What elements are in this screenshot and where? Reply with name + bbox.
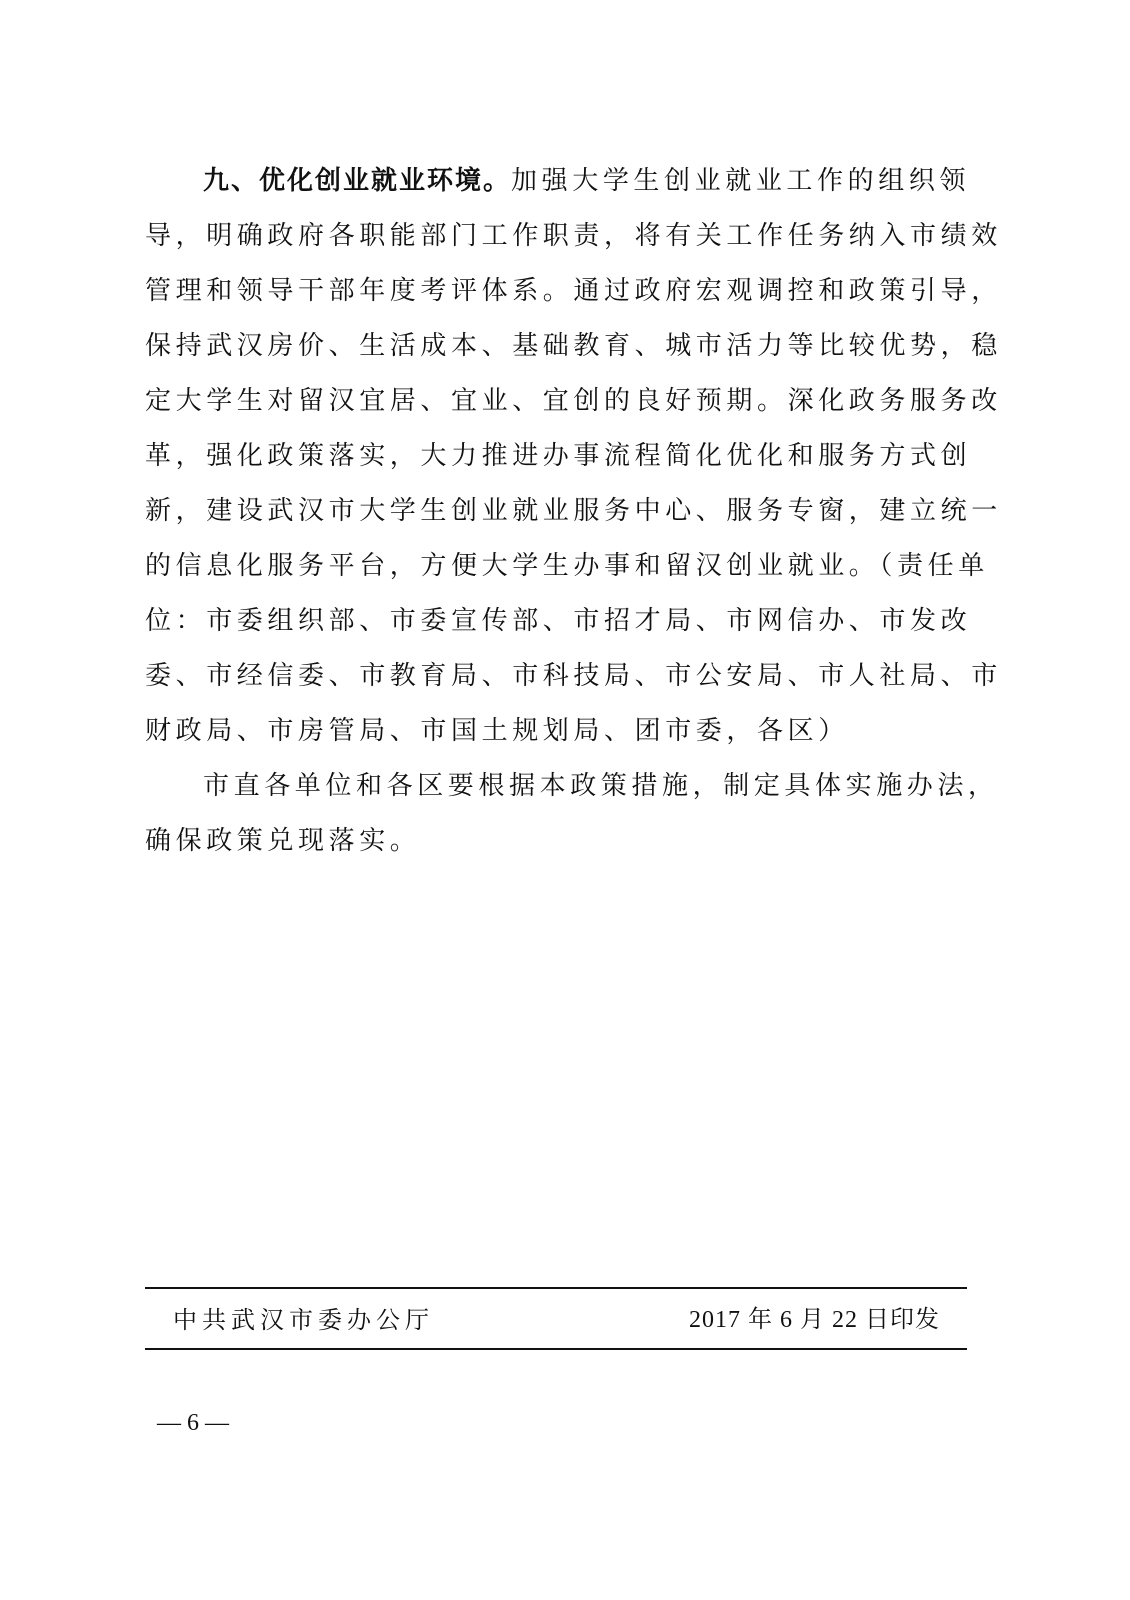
issue-date: 2017 年 6 月 22 日印发	[689, 1300, 940, 1340]
paragraph-line: 新，建设武汉市大学生创业就业服务中心、服务专窗，建立统一	[145, 483, 967, 539]
footer-top-rule	[145, 1287, 967, 1289]
paragraph-line: 市直各单位和各区要根据本政策措施，制定具体实施办法，	[203, 758, 967, 814]
paragraph-line: 定大学生对留汉宜居、宜业、宜创的良好预期。深化政务服务改	[145, 373, 967, 429]
document-page: 九、优化创业就业环境。加强大学生创业就业工作的组织领 导，明确政府各职能部门工作…	[0, 0, 1130, 1600]
issuer: 中共武汉市委办公厅	[173, 1300, 434, 1340]
paragraph-line: 管理和领导干部年度考评体系。通过政府宏观调控和政策引导，	[145, 263, 967, 319]
paragraph-line: 的信息化服务平台，方便大学生办事和留汉创业就业。（责任单	[145, 538, 967, 594]
paragraph-line: 委、市经信委、市教育局、市科技局、市公安局、市人社局、市	[145, 648, 967, 704]
footer-bottom-rule	[145, 1348, 967, 1350]
paragraph-line: 革，强化政策落实，大力推进办事流程简化优化和服务方式创	[145, 428, 967, 484]
paragraph-line: 保持武汉房价、生活成本、基础教育、城市活力等比较优势，稳	[145, 318, 967, 374]
paragraph-text: 加强大学生创业就业工作的组织领	[511, 166, 970, 196]
paragraph-line: 九、优化创业就业环境。加强大学生创业就业工作的组织领	[203, 153, 967, 209]
section-heading: 九、优化创业就业环境。	[203, 166, 511, 196]
paragraph-line: 确保政策兑现落实。	[145, 813, 967, 869]
paragraph-line: 财政局、市房管局、市国土规划局、团市委，各区）	[145, 703, 967, 759]
paragraph-line: 位：市委组织部、市委宣传部、市招才局、市网信办、市发改	[145, 593, 967, 649]
page-number: — 6 —	[157, 1405, 229, 1441]
paragraph-line: 导，明确政府各职能部门工作职责，将有关工作任务纳入市绩效	[145, 208, 967, 264]
